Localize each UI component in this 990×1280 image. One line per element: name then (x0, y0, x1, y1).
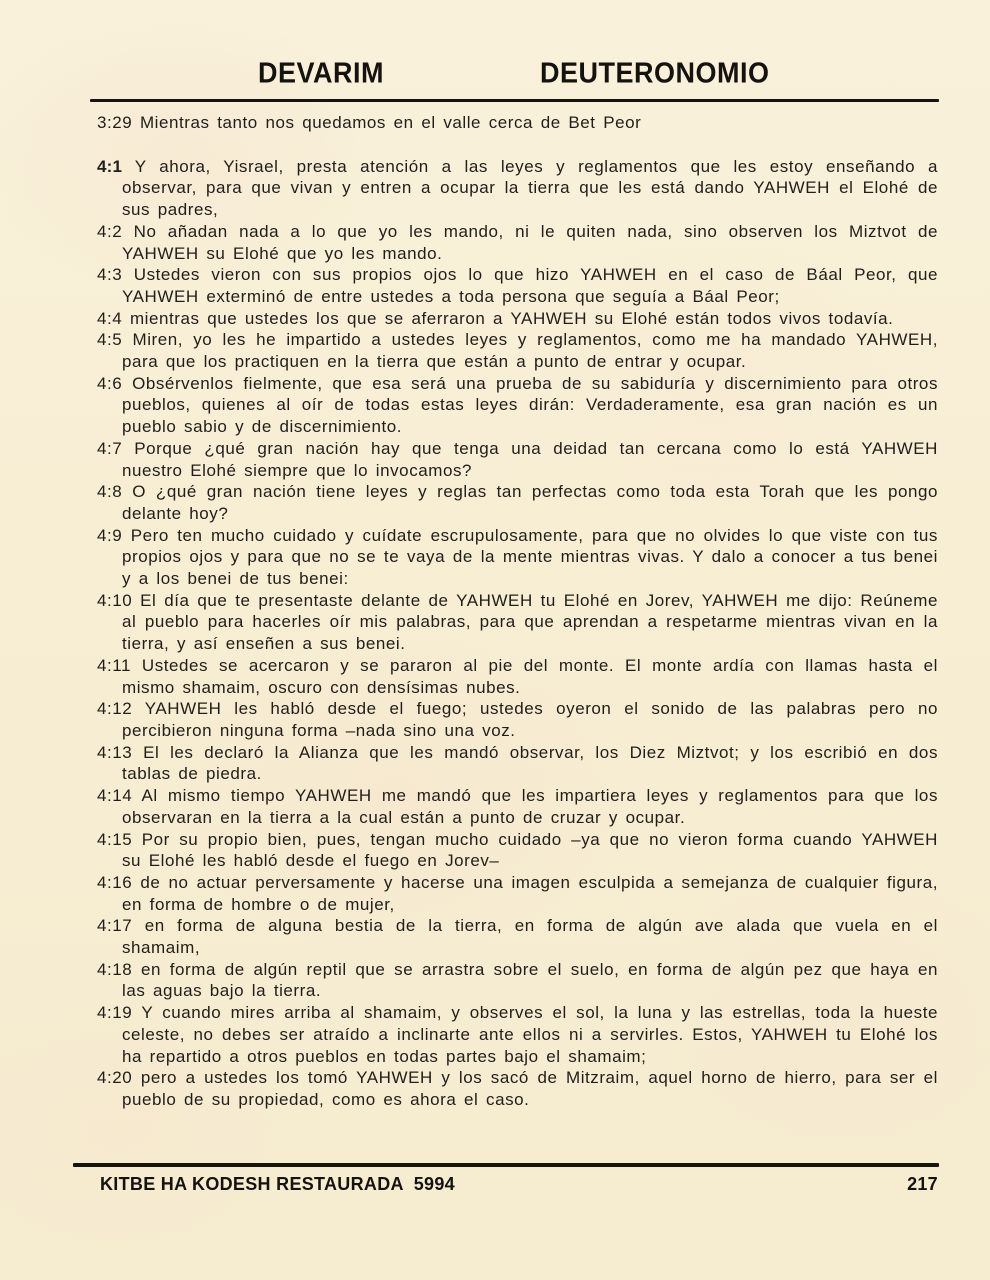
verse-number: 4:7 (97, 439, 122, 458)
verse-text: No añadan nada a lo que yo les mando, ni… (122, 222, 938, 263)
verse-number: 4:3 (97, 265, 122, 284)
verse-paragraph: 4:1 Y ahora, Yisrael, presta atención a … (97, 156, 938, 221)
page-header: DEVARIM DEUTERONOMIO (0, 57, 990, 91)
verse-text: Y cuando mires arriba al shamaim, y obse… (122, 1003, 938, 1065)
verse-paragraph: 4:6 Obsérvenlos fielmente, que esa será … (97, 373, 938, 438)
verse-paragraph: 4:4 mientras que ustedes los que se afer… (97, 308, 938, 330)
verse-paragraph: 4:8 O ¿qué gran nación tiene leyes y reg… (97, 481, 938, 524)
verse-paragraph: 4:16 de no actuar perversamente y hacers… (97, 872, 938, 915)
verse-number: 4:10 (97, 591, 132, 610)
verse-text: Mientras tanto nos quedamos en el valle … (132, 113, 641, 132)
verse-text: Miren, yo les he impartido a ustedes ley… (122, 330, 938, 371)
verse-number: 4:17 (97, 916, 132, 935)
verse-number: 4:6 (97, 374, 122, 393)
verse-paragraph: 4:12 YAHWEH les habló desde el fuego; us… (97, 698, 938, 741)
verse-paragraph: 3:29 Mientras tanto nos quedamos en el v… (97, 112, 938, 134)
verse-paragraph: 4:15 Por su propio bien, pues, tengan mu… (97, 829, 938, 872)
page-footer: KITBE HA KODESH RESTAURADA 5994 217 (100, 1173, 938, 1195)
verse-paragraph: 4:2 No añadan nada a lo que yo les mando… (97, 221, 938, 264)
verse-list: 3:29 Mientras tanto nos quedamos en el v… (97, 112, 938, 1111)
verse-number: 4:9 (97, 526, 122, 545)
verse-paragraph: 4:14 Al mismo tiempo YAHWEH me mandó que… (97, 785, 938, 828)
verse-paragraph: 4:7 Porque ¿qué gran nación hay que teng… (97, 438, 938, 481)
page-number: 217 (907, 1173, 938, 1195)
header-rule (90, 99, 939, 102)
verse-text: O ¿qué gran nación tiene leyes y reglas … (122, 482, 938, 523)
verse-number: 4:1 (97, 157, 122, 176)
verse-number: 4:8 (97, 482, 122, 501)
document-page: DEVARIM DEUTERONOMIO 3:29 Mientras tanto… (0, 0, 990, 1280)
verse-paragraph: 4:17 en forma de alguna bestia de la tie… (97, 915, 938, 958)
verse-paragraph: 4:20 pero a ustedes los tomó YAHWEH y lo… (97, 1067, 938, 1110)
verse-text: YAHWEH les habló desde el fuego; ustedes… (122, 699, 938, 740)
verse-paragraph: 4:18 en forma de algún reptil que se arr… (97, 959, 938, 1002)
verse-text: de no actuar perversamente y hacerse una… (122, 873, 938, 914)
verse-text: Pero ten mucho cuidado y cuídate escrupu… (122, 526, 938, 588)
verse-number: 4:19 (97, 1003, 132, 1022)
verse-number: 4:18 (97, 960, 132, 979)
verse-text: pero a ustedes los tomó YAHWEH y los sac… (122, 1068, 938, 1109)
verse-text: Porque ¿qué gran nación hay que tenga un… (122, 439, 938, 480)
verse-number: 4:11 (97, 656, 131, 675)
verse-text: mientras que ustedes los que se aferraro… (122, 309, 893, 328)
verse-text: Ustedes se acercaron y se pararon al pie… (122, 656, 938, 697)
verse-paragraph: 4:5 Miren, yo les he impartido a ustedes… (97, 329, 938, 372)
verse-number: 4:14 (97, 786, 132, 805)
verse-number: 4:4 (97, 309, 122, 328)
footer-rule (73, 1163, 939, 1167)
verse-number: 4:16 (97, 873, 132, 892)
verse-number: 4:12 (97, 699, 132, 718)
book-title-spanish: DEUTERONOMIO (540, 57, 770, 90)
verse-paragraph: 4:13 El les declaró la Alianza que les m… (97, 742, 938, 785)
verse-number: 4:5 (97, 330, 122, 349)
verse-text: en forma de algún reptil que se arrastra… (122, 960, 938, 1001)
verse-text: en forma de alguna bestia de la tierra, … (122, 916, 938, 957)
footer-edition-title: KITBE HA KODESH RESTAURADA 5994 (100, 1173, 455, 1195)
verse-paragraph: 4:11 Ustedes se acercaron y se pararon a… (97, 655, 938, 698)
verse-paragraph: 4:10 El día que te presentaste delante d… (97, 590, 938, 655)
verse-text: El día que te presentaste delante de YAH… (122, 591, 938, 653)
verse-text: Ustedes vieron con sus propios ojos lo q… (122, 265, 938, 306)
verse-number: 4:15 (97, 830, 132, 849)
verse-paragraph: 4:3 Ustedes vieron con sus propios ojos … (97, 264, 938, 307)
verse-number: 3:29 (97, 113, 132, 132)
verse-text: Por su propio bien, pues, tengan mucho c… (122, 830, 938, 871)
verse-text: Obsérvenlos fielmente, que esa será una … (122, 374, 938, 436)
verse-text: El les declaró la Alianza que les mandó … (122, 743, 938, 784)
verse-paragraph: 4:19 Y cuando mires arriba al shamaim, y… (97, 1002, 938, 1067)
verse-text: Y ahora, Yisrael, presta atención a las … (122, 157, 938, 219)
verse-number: 4:2 (97, 222, 122, 241)
verse-paragraph: 4:9 Pero ten mucho cuidado y cuídate esc… (97, 525, 938, 590)
verse-number: 4:20 (97, 1068, 132, 1087)
verse-number: 4:13 (97, 743, 132, 762)
book-title-hebrew: DEVARIM (258, 57, 384, 90)
verse-text: Al mismo tiempo YAHWEH me mandó que les … (122, 786, 938, 827)
